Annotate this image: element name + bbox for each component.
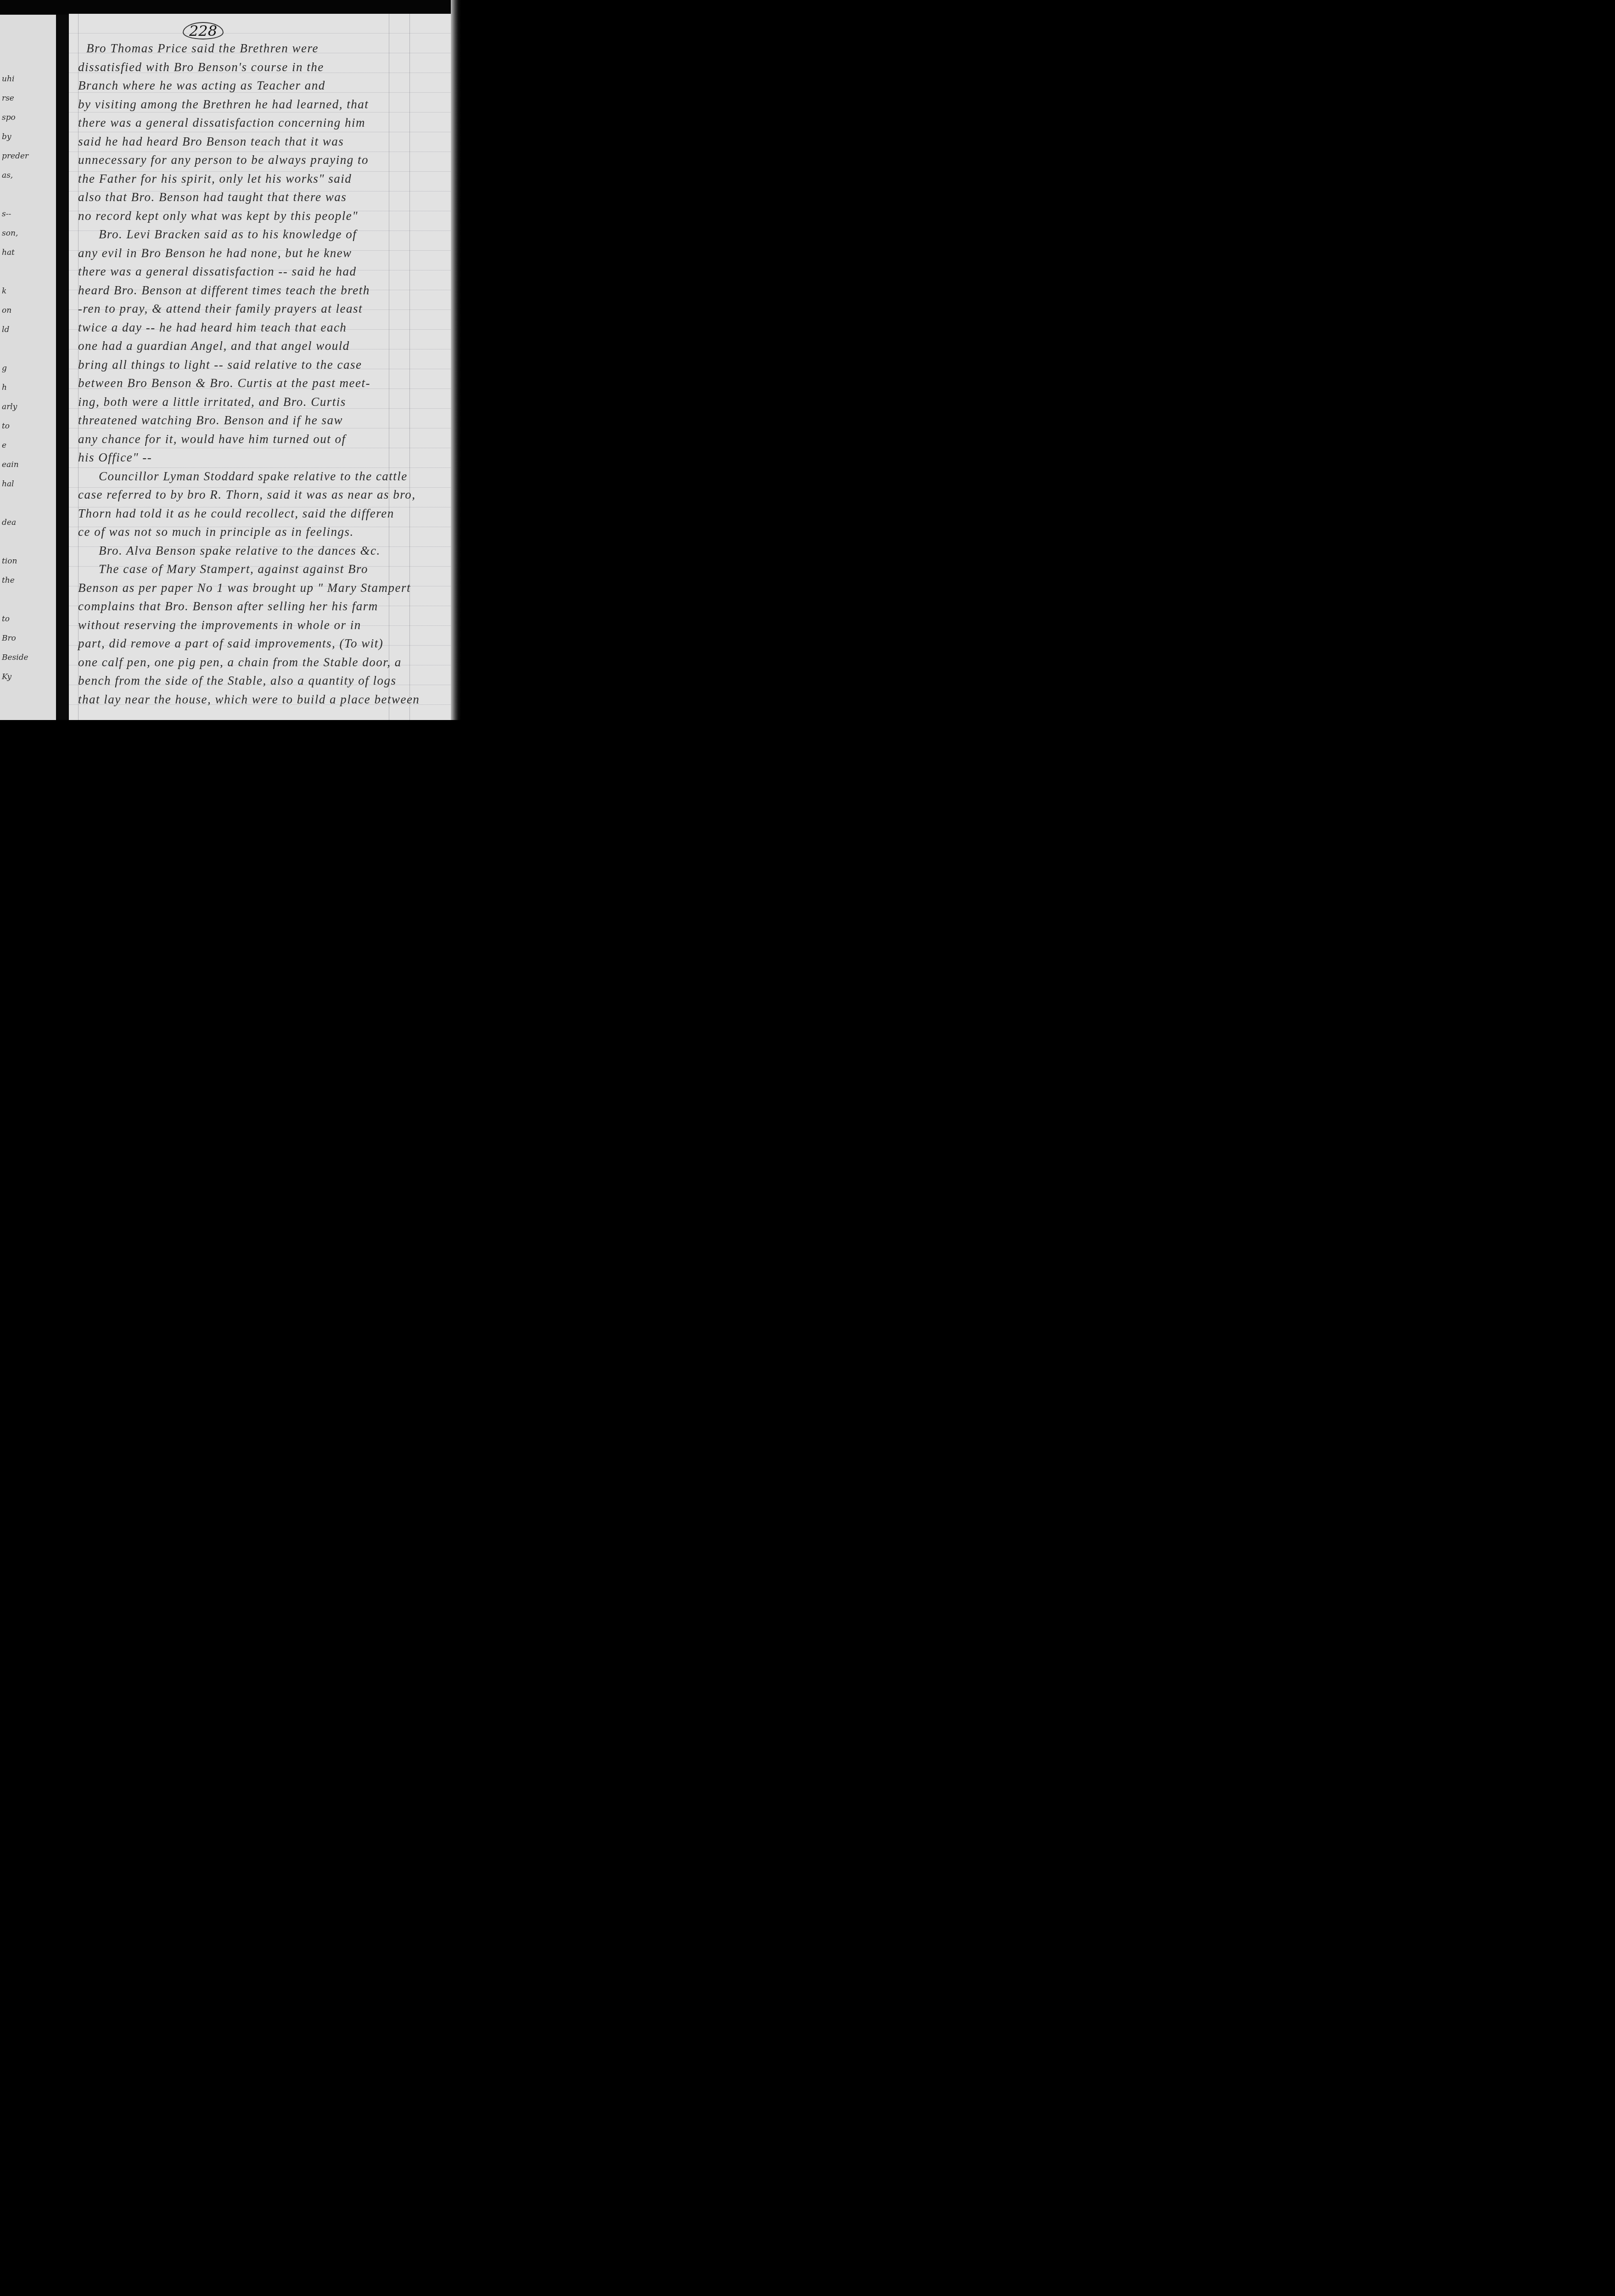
margin-fragment: eain [2,460,19,469]
text-line: bring all things to light -- said relati… [78,358,362,376]
book-gutter [56,15,70,720]
margin-fragment: the [2,576,15,585]
text-line: Bro. Levi Bracken said as to his knowled… [99,227,357,246]
text-line: Benson as per paper No 1 was brought up … [78,581,411,599]
text-line: bench from the side of the Stable, also … [78,674,396,692]
text-line: Thorn had told it as he could recollect,… [78,506,394,525]
text-line: also that Bro. Benson had taught that th… [78,190,347,208]
text-line: one calf pen, one pig pen, a chain from … [78,655,402,674]
margin-fragment: h [2,383,7,392]
margin-fragment: s-- [2,209,11,219]
text-line: any chance for it, would have him turned… [78,432,346,450]
margin-fragment: on [2,306,11,315]
text-line: his Office" -- [78,450,152,469]
text-line: said he had heard Bro Benson teach that … [78,135,344,153]
margin-fragment: spo [2,113,16,122]
text-line: part, did remove a part of said improvem… [78,636,383,655]
column-rule [409,14,410,720]
text-line: dissatisfied with Bro Benson's course in… [78,60,324,79]
margin-fragment: to [2,422,10,431]
margin-fragment: hal [2,479,14,489]
margin-fragment: k [2,287,6,296]
text-line: ce of was not so much in principle as in… [78,525,354,543]
text-line: by visiting among the Brethren he had le… [78,97,369,116]
margin-fragment: son, [2,229,18,238]
left-facing-page: uhirsespobyprederas,s--son,hatkonldgharl… [0,15,56,720]
text-line: without reserving the improvements in wh… [78,618,361,636]
margin-fragment: uhi [2,74,14,84]
margin-fragment: to [2,614,10,624]
column-rule [389,14,389,720]
text-line: that lay near the house, which were to b… [78,692,420,711]
text-line: threatened watching Bro. Benson and if h… [78,413,343,432]
text-line: unnecessary for any person to be always … [78,153,369,171]
text-line: heard Bro. Benson at different times tea… [78,283,370,302]
text-line: The case of Mary Stampert, against again… [99,562,368,580]
text-line: ing, both were a little irritated, and B… [78,395,346,413]
text-line: Bro Thomas Price said the Brethren were [86,41,319,60]
text-line: there was a general dissatisfaction -- s… [78,264,356,283]
margin-fragment: as, [2,171,13,180]
text-line: one had a guardian Angel, and that angel… [78,339,350,357]
margin-fragment: Bro [2,634,16,643]
margin-fragment: by [2,132,11,141]
text-line: Branch where he was acting as Teacher an… [78,79,325,97]
margin-fragment: ld [2,325,9,334]
text-line: between Bro Benson & Bro. Curtis at the … [78,376,370,394]
text-line: no record kept only what was kept by thi… [78,209,358,227]
margin-fragment: preder [2,152,28,161]
margin-fragment: Ky [2,672,11,681]
page-number: 228 [183,22,224,39]
margin-fragment: g [2,364,7,373]
text-line: there was a general dissatisfaction conc… [78,116,365,134]
margin-fragment: arly [2,402,17,411]
text-line: -ren to pray, & attend their family pray… [78,302,363,320]
text-line: case referred to by bro R. Thorn, said i… [78,488,416,506]
margin-fragment: e [2,441,6,450]
margin-fragment: tion [2,557,17,566]
text-line: complains that Bro. Benson after selling… [78,599,378,618]
text-line: any evil in Bro Benson he had none, but … [78,246,352,264]
text-line: the Father for his spirit, only let his … [78,172,352,190]
text-line: Councillor Lyman Stoddard spake relative… [99,469,408,488]
margin-fragment: rse [2,94,14,103]
page-edge-shadow [451,0,478,720]
text-line: Bro. Alva Benson spake relative to the d… [99,544,381,562]
margin-fragment: hat [2,248,15,257]
scan-top-border [0,0,478,16]
margin-fragment: dea [2,518,16,527]
margin-fragment: Beside [2,653,28,662]
text-line: twice a day -- he had heard him teach th… [78,321,347,339]
